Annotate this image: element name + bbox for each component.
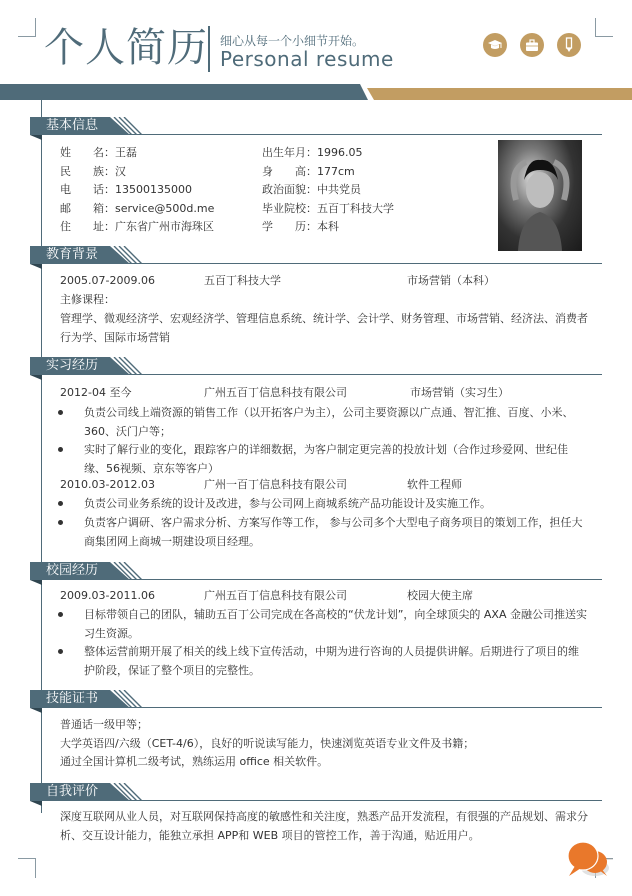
campus-period: 2009.03-2011.06 — [60, 589, 155, 603]
graduation-cap-icon — [483, 33, 507, 57]
campus-company: 广州五百丁信息科技有限公司 — [204, 589, 347, 603]
campus-role: 校园大使主席 — [407, 589, 473, 603]
job-bullet: 负责公司业务系统的设计及改进，参与公司网上商城系统产品功能设计及实施工作。 — [58, 494, 588, 513]
section-header: 自我评价 — [30, 779, 602, 801]
section-skills: 技能证书 — [30, 686, 602, 708]
section-campus: 校园经历 — [30, 558, 602, 580]
info-phone: 电 话：13500135000 — [60, 183, 192, 197]
chat-bubble-icon — [563, 838, 613, 880]
info-email: 邮 箱：service@500d.me — [60, 202, 214, 216]
corner-mark-top-left — [18, 18, 36, 37]
corner-mark-top-right — [595, 18, 613, 37]
section-title: 实习经历 — [46, 357, 98, 375]
info-degree: 学 历：本科 — [262, 220, 339, 234]
job-period: 2012-04 至今 — [60, 386, 131, 400]
section-header: 校园经历 — [30, 558, 602, 580]
job-period: 2010.03-2012.03 — [60, 478, 155, 492]
edu-courses: 管理学、微观经济学、宏观经济学、管理信息系统、统计学、会计学、财务管理、市场营销… — [60, 309, 592, 347]
stripes-icon — [112, 562, 146, 580]
info-name: 姓 名：王磊 — [60, 146, 137, 160]
job-bullet: 实时了解行业的变化，跟踪客户的详细数据，为客户制定更完善的投放计划（合作过珍爱网… — [58, 440, 588, 478]
corner-mark-bottom-left — [18, 858, 36, 878]
pencil-icon — [557, 33, 581, 57]
job-company: 广州五百丁信息科技有限公司 — [204, 386, 347, 400]
header-band-accent — [367, 88, 632, 100]
self-evaluation-text: 深度互联网从业人员，对互联网保持高度的敏感性和关注度，熟悉产品开发流程，有很强的… — [60, 807, 590, 845]
job-role: 软件工程师 — [407, 478, 462, 492]
job-company: 广州一百丁信息科技有限公司 — [204, 478, 347, 492]
info-address: 住 址：广东省广州市海珠区 — [60, 220, 214, 234]
section-education: 教育背景 — [30, 242, 602, 264]
section-title: 教育背景 — [46, 246, 98, 264]
section-title: 基本信息 — [46, 117, 98, 135]
section-self-evaluation: 自我评价 — [30, 779, 602, 801]
title-divider — [208, 26, 210, 72]
info-political: 政治面貌：中共党员 — [262, 183, 361, 197]
edu-courses-label: 主修课程： — [60, 293, 115, 307]
header-band-primary — [0, 84, 368, 100]
section-basic-info: 基本信息 — [30, 113, 602, 135]
campus-bullet: 目标带领自己的团队，辅助五百丁公司完成在各高校的“伏龙计划”，向全球顶尖的 AX… — [58, 605, 588, 643]
briefcase-icon — [520, 33, 544, 57]
section-title: 自我评价 — [46, 783, 98, 801]
section-header: 实习经历 — [30, 353, 602, 375]
stripes-icon — [112, 117, 146, 135]
job-bullet: 负责客户调研、客户需求分析、方案写作等工作， 参与公司多个大型电子商务项目的策划… — [58, 513, 588, 551]
stripes-icon — [112, 357, 146, 375]
skill-line: 大学英语四/六级（CET-4/6），良好的听说读写能力，快速浏览英语专业文件及书… — [60, 737, 474, 751]
edu-school: 五百丁科技大学 — [204, 274, 281, 288]
skill-line: 通过全国计算机二级考试，熟练运用 office 相关软件。 — [60, 755, 328, 769]
info-height: 身 高：177cm — [262, 165, 355, 179]
page-title-english: Personal resume — [220, 47, 394, 71]
info-ethnicity: 民 族：汉 — [60, 165, 126, 179]
job-bullet: 负责公司线上端资源的销售工作（以开拓客户为主），公司主要资源以广点通、智汇推、百… — [58, 403, 588, 441]
section-internship: 实习经历 — [30, 353, 602, 375]
edu-period: 2005.07-2009.06 — [60, 274, 155, 288]
stripes-icon — [112, 246, 146, 264]
stripes-icon — [112, 690, 146, 708]
section-header: 教育背景 — [30, 242, 602, 264]
section-title: 技能证书 — [46, 690, 98, 708]
page-title: 个人简历 — [44, 26, 208, 70]
profile-photo — [498, 140, 582, 251]
info-birth: 出生年月：1996.05 — [262, 146, 363, 160]
section-header: 基本信息 — [30, 113, 602, 135]
job-role: 市场营销（实习生） — [410, 386, 509, 400]
header-icons — [483, 33, 581, 57]
skill-line: 普通话一级甲等； — [60, 718, 148, 732]
info-school: 毕业院校：五百丁科技大学 — [262, 202, 394, 216]
section-title: 校园经历 — [46, 562, 98, 580]
campus-bullet: 整体运营前期开展了相关的线上线下宣传活动，中期为进行咨询的人员提供讲解。后期进行… — [58, 642, 588, 680]
edu-major: 市场营销（本科） — [407, 274, 495, 288]
stripes-icon — [112, 783, 146, 801]
section-header: 技能证书 — [30, 686, 602, 708]
